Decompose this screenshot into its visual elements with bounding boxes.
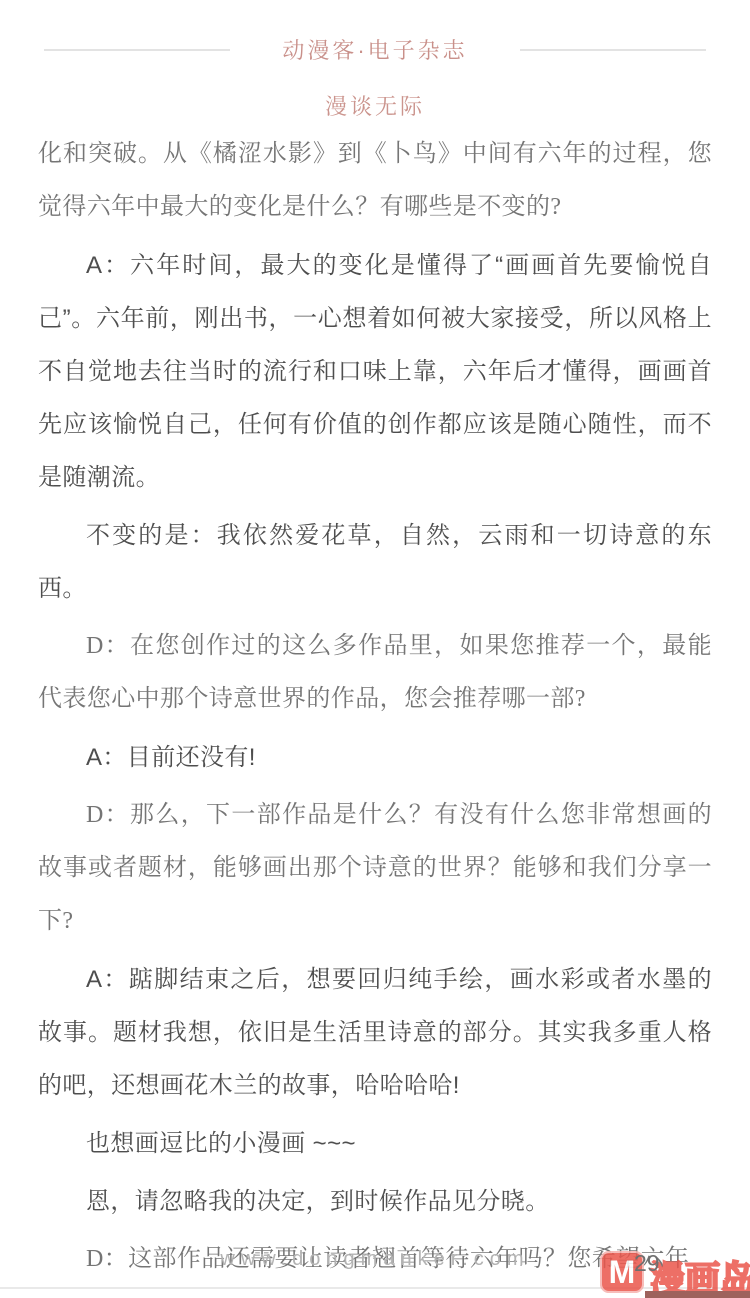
article-paragraph: 化和突破。从《橘涩水影》到《卜鸟》中间有六年的过程，您觉得六年中最大的变化是什么… [38,128,712,234]
article-body: 化和突破。从《橘涩水影》到《卜鸟》中间有六年的过程，您觉得六年中最大的变化是什么… [38,128,712,1291]
manhuadao-watermark: M 漫画岛 [596,1246,750,1298]
article-paragraph: A：六年时间，最大的变化是懂得了“画画首先要愉悦自己”。六年前，刚出书，一心想着… [38,239,712,504]
article-paragraph: 也想画逗比的小漫画 ~~~ [38,1117,712,1170]
header-rule-right [520,49,706,51]
page-header: 动漫客·电子杂志 [0,34,750,65]
header-rule-left [44,49,230,51]
article-paragraph: D：那么，下一部作品是什么？有没有什么您非常想画的故事或者题材，能够画出那个诗意… [38,789,712,948]
magazine-title: 动漫客·电子杂志 [282,34,467,65]
section-title: 漫谈无际 [0,90,750,121]
article-paragraph: A：目前还没有! [38,731,712,784]
article-paragraph: 不变的是：我依然爱花草，自然，云雨和一切诗意的东西。 [38,509,712,615]
article-paragraph: 恩，请忽略我的决定，到时候作品见分晓。 [38,1175,712,1228]
article-paragraph: A：踮脚结束之后，想要回归纯手绘，画水彩或者水墨的故事。题材我想，依旧是生活里诗… [38,953,712,1112]
manhuadao-banner-strip [645,1291,750,1298]
article-paragraph: D：在您创作过的这么多作品里，如果您推荐一个，最能代表您心中那个诗意世界的作品，… [38,620,712,726]
page-number: 29 [634,1250,660,1277]
